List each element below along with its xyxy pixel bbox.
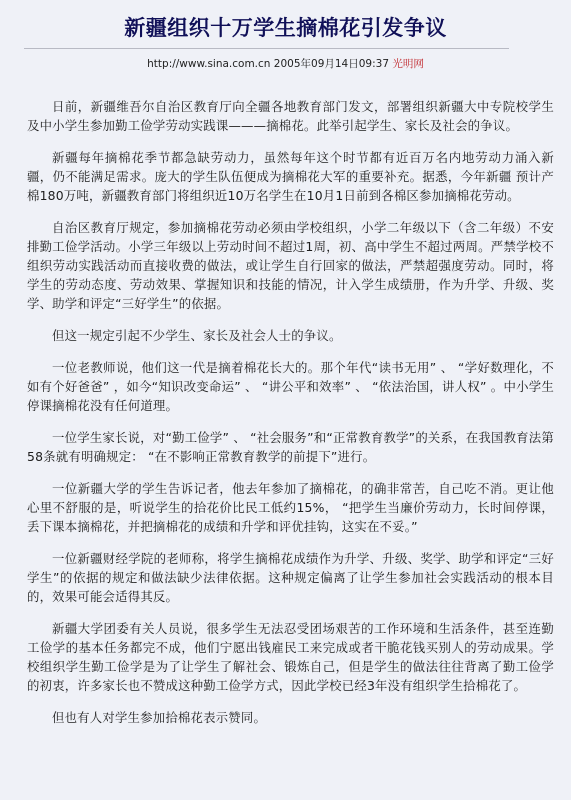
paragraph: 一位学生家长说，对“勤工俭学” 、 “社会服务”和“正常教育教学”的关系，在我国… — [27, 428, 554, 466]
article-title: 新疆组织十万学生摘棉花引发争议 — [0, 13, 571, 43]
article-url[interactable]: http://www.sina.com.cn — [147, 58, 270, 70]
paragraph: 新疆大学团委有关人员说，很多学生无法忍受团场艰苦的工作环境和生活条件，甚至连勤工… — [27, 619, 554, 695]
paragraph: 一位新疆财经学院的老师称，将学生摘棉花成绩作为升学、升级、奖学、助学和评定“三好… — [27, 549, 554, 606]
paragraph: 自治区教育厅规定，参加摘棉花劳动必须由学校组织，小学二年级以下（含二年级）不安排… — [27, 218, 554, 313]
paragraph: 但这一规定引起不少学生、家长及社会人士的争议。 — [27, 326, 554, 345]
paragraph: 一位新疆大学的学生告诉记者，他去年参加了摘棉花，的确非常苦，自己吃不消。更让他心… — [27, 479, 554, 536]
article-datetime: 2005年09月14日09:37 — [274, 58, 389, 70]
paragraph: 日前，新疆维吾尔自治区教育厅向全疆各地教育部门发文，部署组织新疆大中专院校学生及… — [27, 97, 554, 135]
news-article: 新疆组织十万学生摘棉花引发争议 http://www.sina.com.cn 2… — [0, 0, 571, 800]
paragraph: 但也有人对学生参加拾棉花表示赞同。 — [27, 708, 554, 727]
article-meta: http://www.sina.com.cn 2005年09月14日09:37 … — [0, 56, 571, 72]
article-body: 日前，新疆维吾尔自治区教育厅向全疆各地教育部门发文，部署组织新疆大中专院校学生及… — [27, 97, 554, 740]
title-divider — [24, 48, 509, 49]
paragraph: 新疆每年摘棉花季节都急缺劳动力，虽然每年这个时节都有近百万名内地劳动力涌入新疆，… — [27, 148, 554, 205]
paragraph: 一位老教师说，他们这一代是摘着棉花长大的。那个年代“读书无用” 、 “学好数理化… — [27, 358, 554, 415]
article-source-link[interactable]: 光明网 — [392, 58, 424, 70]
